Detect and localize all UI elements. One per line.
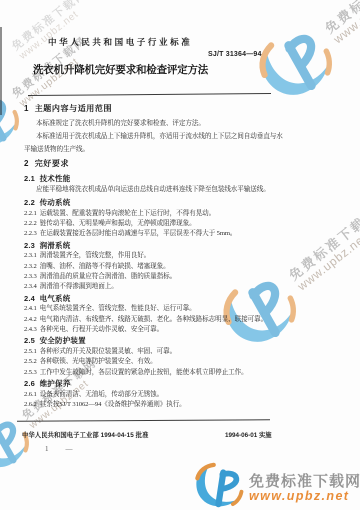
body-line: 1 主题内容与适用范围	[24, 103, 342, 118]
body-line: 2.6 维护保养	[24, 378, 342, 390]
body-line: 2.5 安全防护装置	[24, 335, 342, 347]
body-line: 2.3 润滑系统	[24, 240, 342, 252]
body-line: 2 完好要求	[24, 158, 342, 173]
page-number: 1 —	[45, 445, 75, 453]
doc-body: 1 主题内容与适用范围本标准规定了洗衣机升降机的完好要求和检查、评定方法。本标准…	[24, 103, 342, 410]
body-line: 2.1 技术性能	[24, 173, 342, 185]
body-line: 2.3.3 润滑油品的质量应符合润滑油、脂的质量指标。	[24, 272, 342, 282]
body-line: 2.4.1 电气系统装置齐全、管线完整、性能良好、运行可靠。	[24, 304, 342, 314]
scan-edge-artifact	[0, 27, 2, 115]
watermark-cluster: 免费标准下载网 www.upbz.net	[239, 0, 360, 117]
body-line: 2.6.2 其余按SJ/T 31062—94《设备维护保养通则》执行。	[24, 400, 342, 410]
body-line: 2.6.1 设备表面清洁、无油垢，传动部分无锈蚀。	[24, 390, 342, 400]
body-line: 2.2 传动系统	[24, 197, 342, 209]
watermark-site-name: 免费标准下载网	[249, 474, 360, 490]
footer-implementation-date: 1994-06-01 实施	[225, 430, 272, 439]
body-line: 本标准适用于洗衣机成品上下输送升降机，亦适用于流水线的上下层之间自动垂直与水	[24, 131, 342, 144]
body-line: 本标准规定了洗衣机升降机的完好要求和检查、评定方法。	[24, 118, 342, 131]
body-line: 2.5.3 工作中发生故障时，各层设置的紧急停止按钮，能使本机立即停止工作。	[24, 368, 342, 378]
body-line: 2.3.1 润滑装置齐全，管线完整，作用良好。	[24, 251, 342, 261]
body-line: 2.3.2 油嘴、油杯、油路等不得有缺损、堵塞现象。	[24, 262, 342, 272]
body-line: 2.2.3 在运载装置接近各层时能自动减速与平层，平层误差不得大于 5mm。	[24, 229, 342, 239]
standard-number: SJ/T 31364—94	[208, 51, 262, 58]
watermark-site-url: www.upbz.net	[249, 490, 360, 504]
body-line: 2.2.1 运载装置、配重装置的导向滚轮在上下运行时，不得有晃动。	[24, 209, 342, 219]
body-line: 2.2.2 链传动平稳、无明显噪声和振动，无停顿或阻滞现象。	[24, 219, 342, 229]
body-line: 2.5.1 各种形式的开关及限位装置灵敏、牢固、可靠。	[24, 347, 342, 357]
up-logo-icon	[190, 462, 246, 508]
body-line: 2.3.4 润滑油不得渗漏到地面上。	[24, 282, 342, 292]
footer-divider	[17, 419, 270, 422]
footer-approval-text: 中华人民共和国电子工业部 1994-04-15 批准	[22, 430, 148, 439]
document-page: 免费标准下载网 www.upbz.net 免费标准下载网 www.upbz.ne…	[0, 0, 360, 510]
body-line: 2.4.3 各种光电、行程开关动作灵敏、安全可靠。	[24, 325, 342, 335]
body-line: 2.5.2 各种联锁、光电等防护装置安全、有效。	[24, 357, 342, 367]
document-title: 洗衣机升降机完好要求和检查评定方法	[33, 62, 208, 77]
body-line: 2.4.2 电气箱内清洁、布线整齐、线路无破损、老化。各种线路标志明显、联接可靠…	[24, 315, 342, 325]
body-line: 应能平稳地将洗衣机成品单向运送由总线自动进料连线下降至包装线水平输送线。	[24, 184, 342, 197]
watermark-footer-logo: 免费标准下载网 www.upbz.net	[190, 462, 360, 508]
standard-authority-heading: 中华人民共和国电子行业标准	[48, 36, 192, 48]
body-line: 2.4 电气系统	[24, 293, 342, 305]
body-line: 平输送货物的生产线。	[24, 144, 342, 158]
